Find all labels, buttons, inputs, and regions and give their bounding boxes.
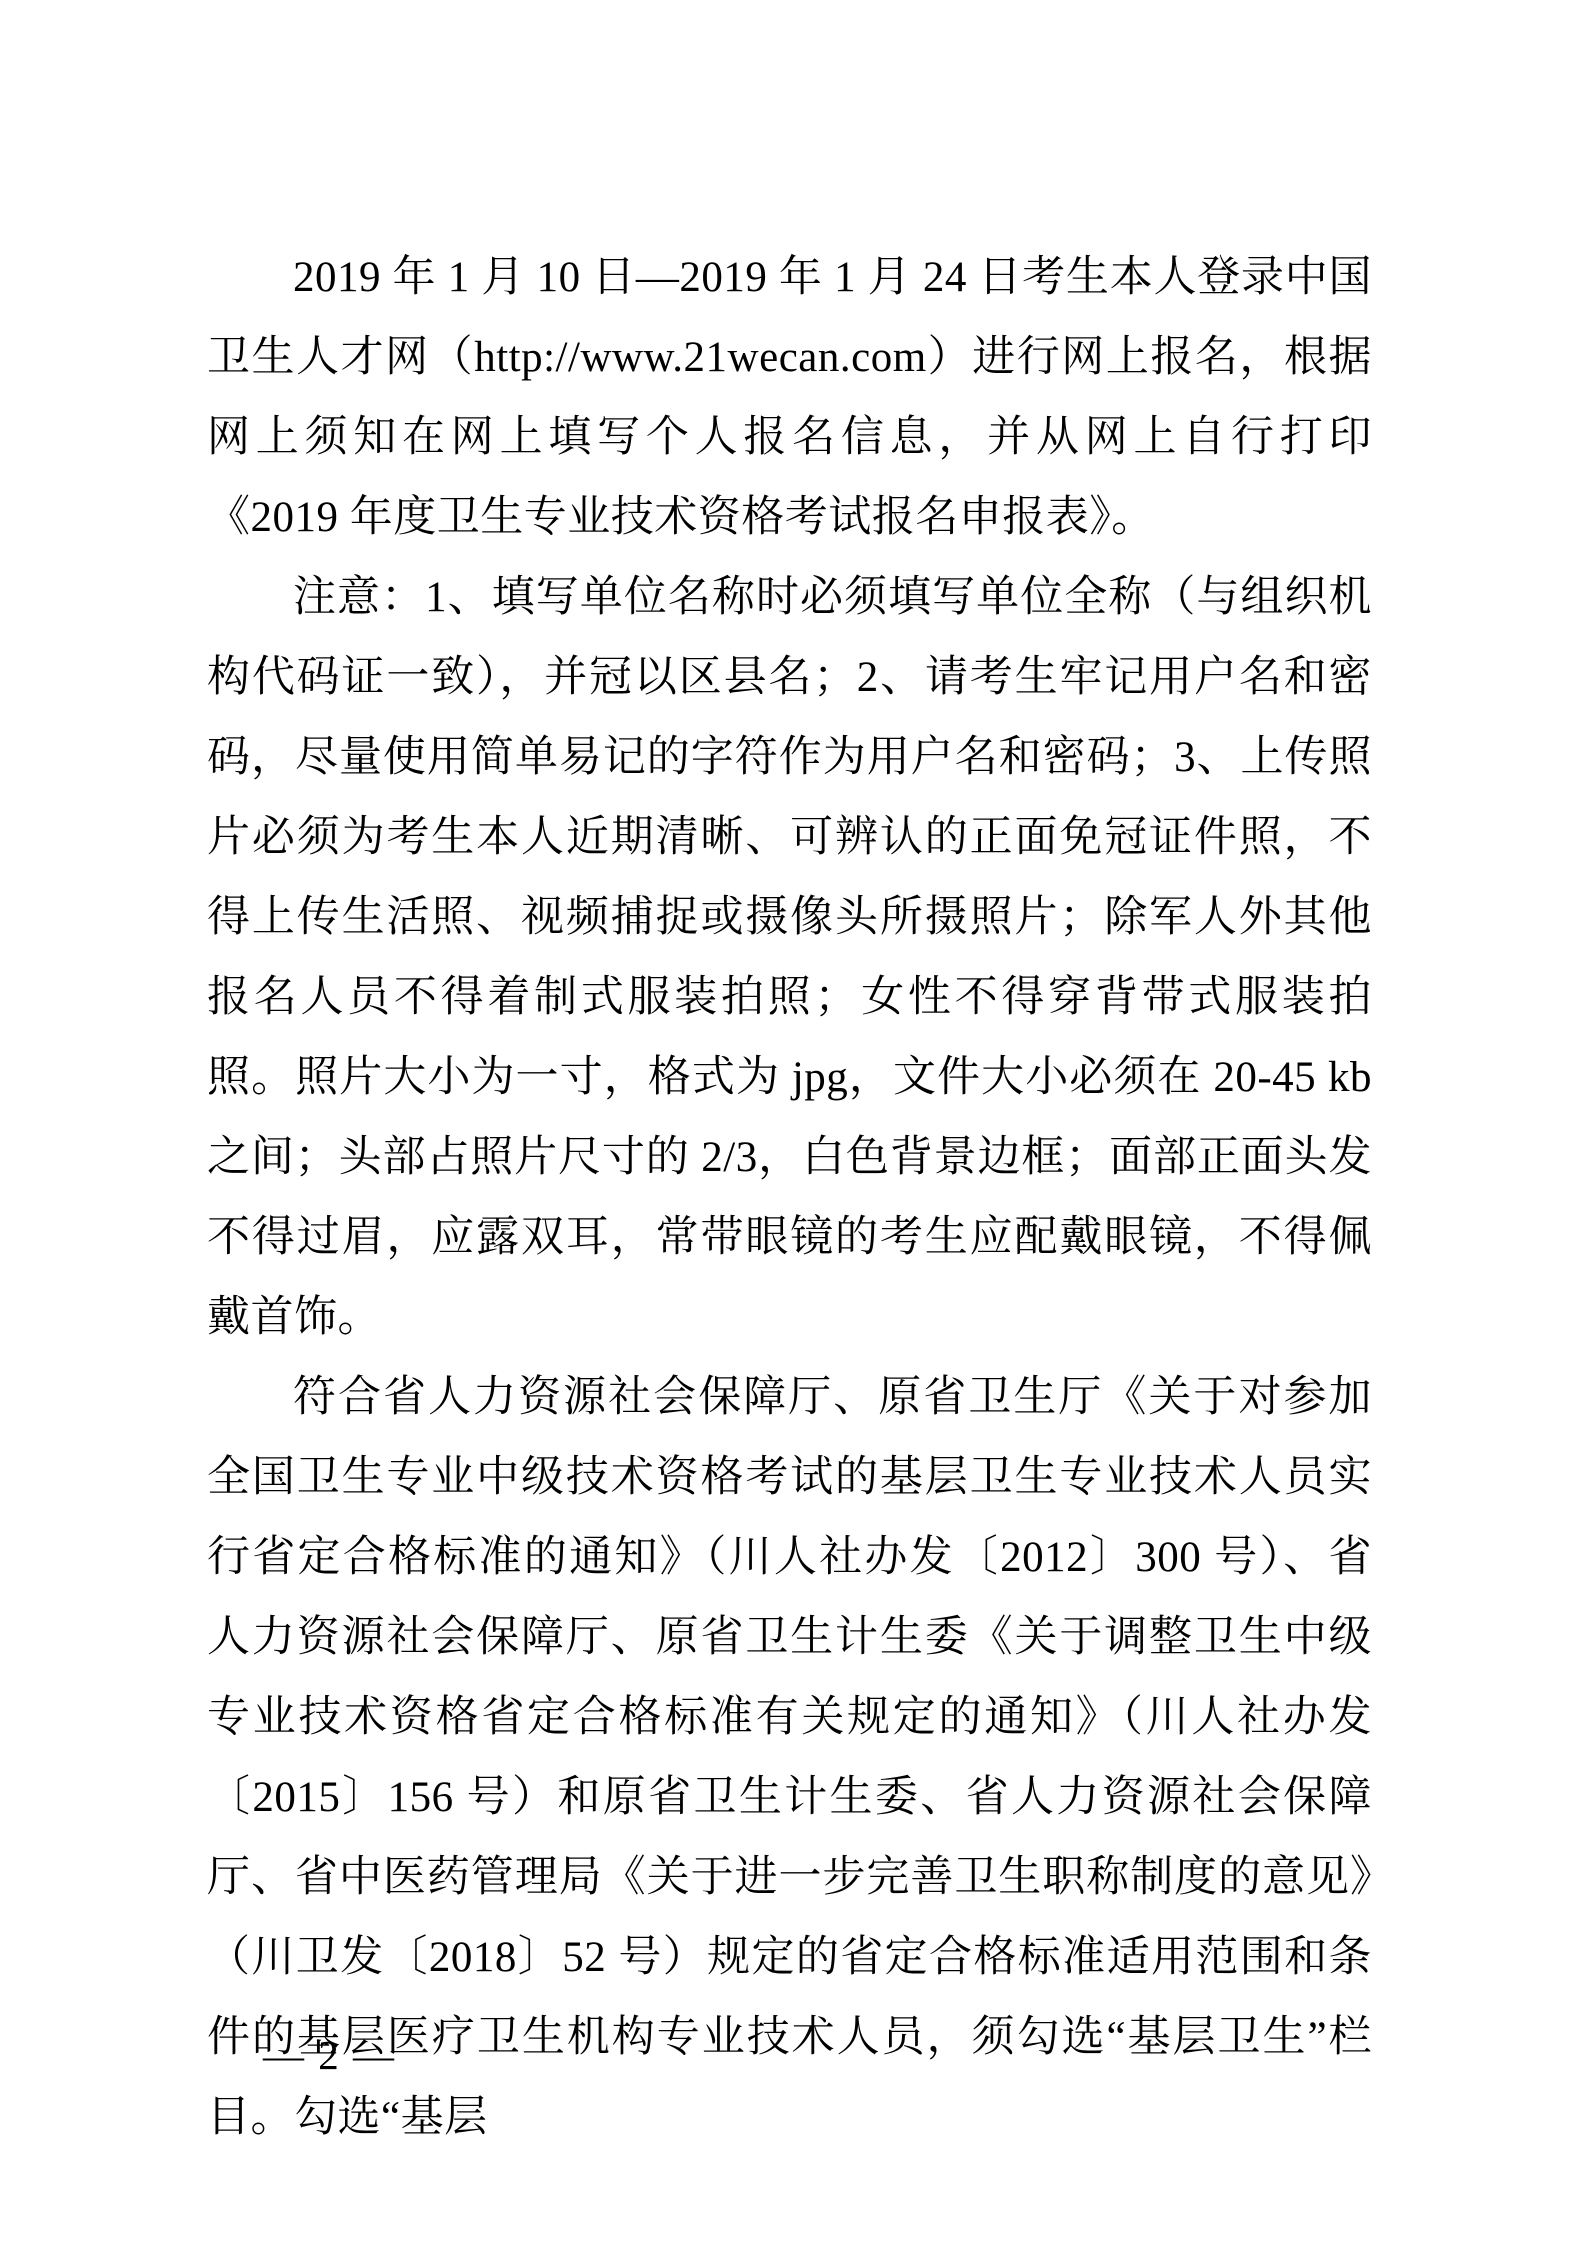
paragraph-online-registration: 2019 年 1 月 10 日—2019 年 1 月 24 日考生本人登录中国卫… bbox=[207, 238, 1372, 558]
document-page: 2019 年 1 月 10 日—2019 年 1 月 24 日考生本人登录中国卫… bbox=[0, 0, 1587, 2245]
paragraph-notice-requirements: 注意：1、填写单位名称时必须填写单位全称（与组织机构代码证一致），并冠以区县名；… bbox=[207, 558, 1372, 1358]
document-body: 2019 年 1 月 10 日—2019 年 1 月 24 日考生本人登录中国卫… bbox=[207, 238, 1372, 2158]
page-number: — 2 — bbox=[263, 2032, 396, 2078]
